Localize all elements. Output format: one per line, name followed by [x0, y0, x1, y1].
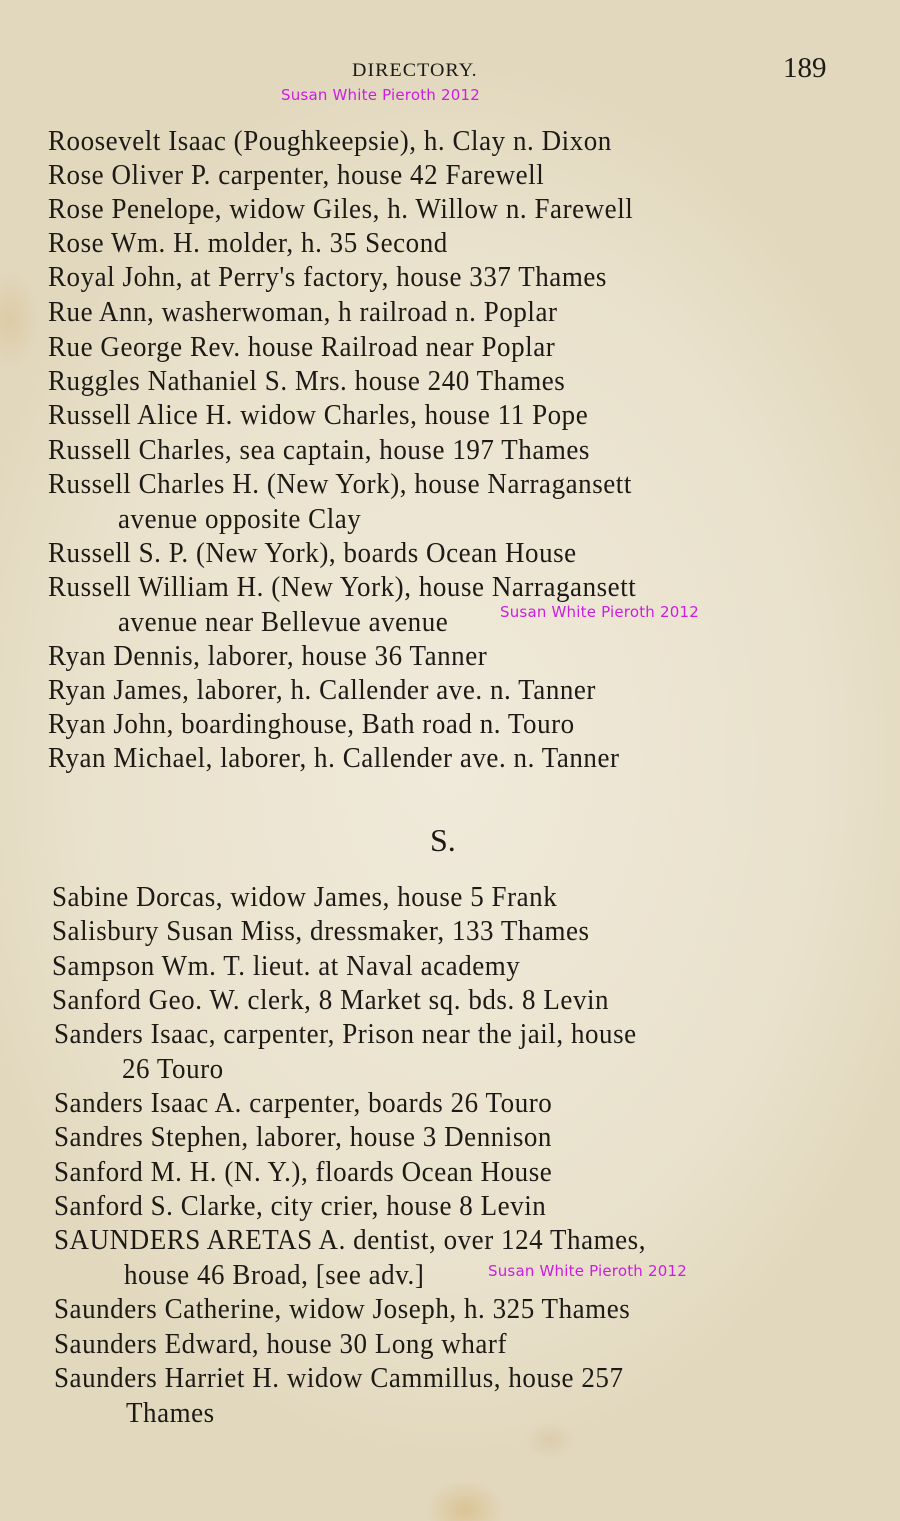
running-title: DIRECTORY. — [352, 60, 478, 82]
directory-entry: Sanders Isaac A. carpenter, boards 26 To… — [54, 1086, 552, 1120]
directory-entry: Ruggles Nathaniel S. Mrs. house 240 Tham… — [48, 364, 565, 398]
directory-entry: Russell Alice H. widow Charles, house 11… — [48, 398, 588, 432]
watermark: Susan White Pieroth 2012 — [281, 86, 480, 104]
directory-entry: Rue George Rev. house Railroad near Popl… — [48, 330, 555, 364]
directory-entry: Sabine Dorcas, widow James, house 5 Fran… — [52, 880, 557, 914]
directory-entry: Sanford Geo. W. clerk, 8 Market sq. bds.… — [52, 983, 609, 1017]
directory-entry-continuation: avenue opposite Clay — [118, 502, 361, 536]
directory-entry: Rose Wm. H. molder, h. 35 Second — [48, 226, 448, 260]
directory-entry: Ryan James, laborer, h. Callender ave. n… — [48, 673, 596, 707]
directory-entry: Russell Charles H. (New York), house Nar… — [48, 467, 632, 501]
directory-entry: Rose Penelope, widow Giles, h. Willow n.… — [48, 192, 633, 226]
watermark: Susan White Pieroth 2012 — [488, 1262, 687, 1280]
directory-entry: Sanford M. H. (N. Y.), floards Ocean Hou… — [54, 1155, 552, 1189]
directory-entry: Russell William H. (New York), house Nar… — [48, 570, 636, 604]
directory-entry: Sandres Stephen, laborer, house 3 Dennis… — [54, 1120, 552, 1154]
directory-entry: Salisbury Susan Miss, dressmaker, 133 Th… — [52, 914, 590, 948]
directory-entry: Roosevelt Isaac (Poughkeepsie), h. Clay … — [48, 124, 612, 158]
directory-entry: Sampson Wm. T. lieut. at Naval academy — [52, 949, 520, 983]
directory-entry: Saunders Catherine, widow Joseph, h. 325… — [54, 1292, 630, 1326]
directory-entry: Ryan John, boardinghouse, Bath road n. T… — [48, 707, 575, 741]
directory-page: DIRECTORY. 189 Susan White Pieroth 2012 … — [0, 0, 900, 1521]
directory-entry: Saunders Harriet H. widow Cammillus, hou… — [54, 1361, 623, 1395]
directory-entry: Russell Charles, sea captain, house 197 … — [48, 433, 590, 467]
section-heading: S. — [430, 822, 456, 859]
directory-entry: Ryan Dennis, laborer, house 36 Tanner — [48, 639, 487, 673]
directory-entry-continuation: house 46 Broad, [see adv.] — [124, 1258, 424, 1292]
directory-entry: Royal John, at Perry's factory, house 33… — [48, 260, 607, 294]
directory-entry-continuation: 26 Touro — [122, 1052, 224, 1086]
directory-entry: Sanford S. Clarke, city crier, house 8 L… — [54, 1189, 546, 1223]
page-number: 189 — [783, 52, 827, 85]
directory-entry: Sanders Isaac, carpenter, Prison near th… — [54, 1017, 637, 1051]
page-header: DIRECTORY. 189 — [0, 58, 900, 88]
directory-entry: Russell S. P. (New York), boards Ocean H… — [48, 536, 577, 570]
watermark: Susan White Pieroth 2012 — [500, 603, 699, 621]
directory-entry: Rue Ann, washerwoman, h railroad n. Popl… — [48, 295, 558, 329]
directory-entry: Rose Oliver P. carpenter, house 42 Farew… — [48, 158, 544, 192]
directory-entry-continuation: avenue near Bellevue avenue — [118, 605, 448, 639]
directory-entry: SAUNDERS ARETAS A. dentist, over 124 Tha… — [54, 1223, 646, 1257]
directory-entry-continuation: Thames — [126, 1396, 215, 1430]
directory-entry: Ryan Michael, laborer, h. Callender ave.… — [48, 741, 620, 775]
directory-entry: Saunders Edward, house 30 Long wharf — [54, 1327, 507, 1361]
